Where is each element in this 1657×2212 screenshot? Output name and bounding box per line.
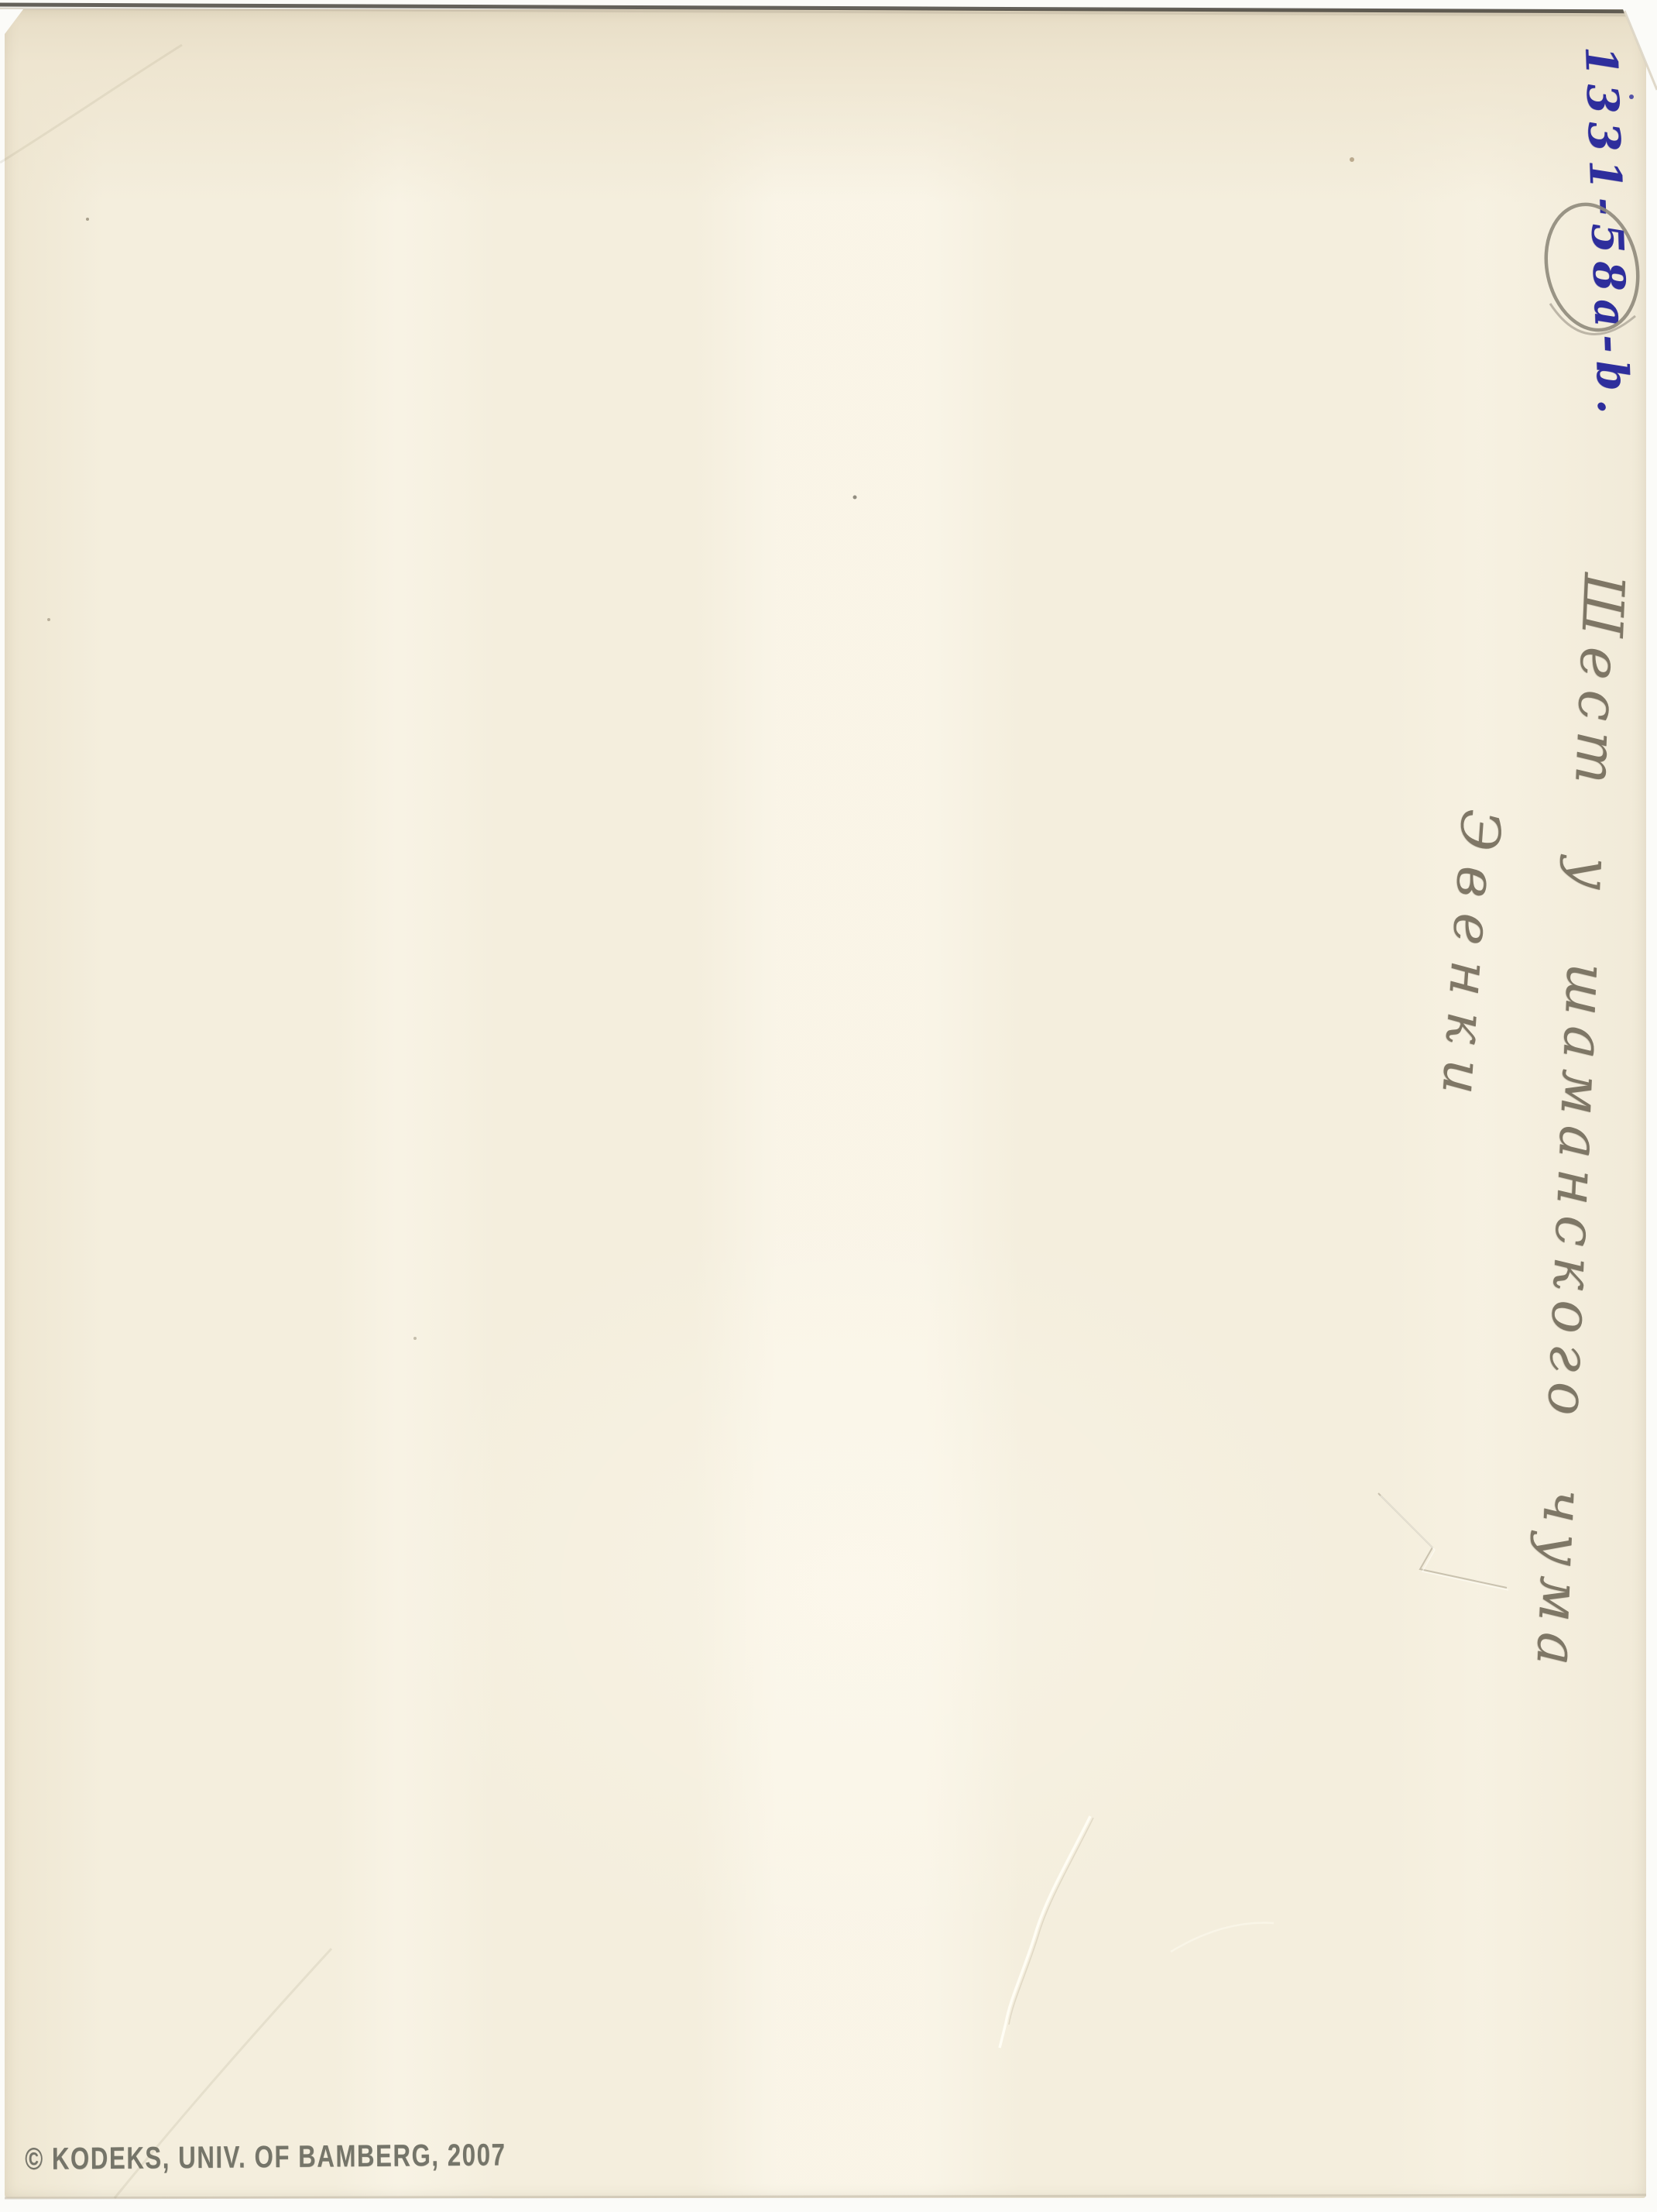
scan-canvas: 1331-58a-b. Шест у шаманского чума Эвенк…: [0, 0, 1657, 2212]
photo-verso-paper: [5, 9, 1646, 2198]
copyright-stamp: © KODEKS, UNIV. OF BAMBERG, 2007: [25, 2138, 506, 2177]
